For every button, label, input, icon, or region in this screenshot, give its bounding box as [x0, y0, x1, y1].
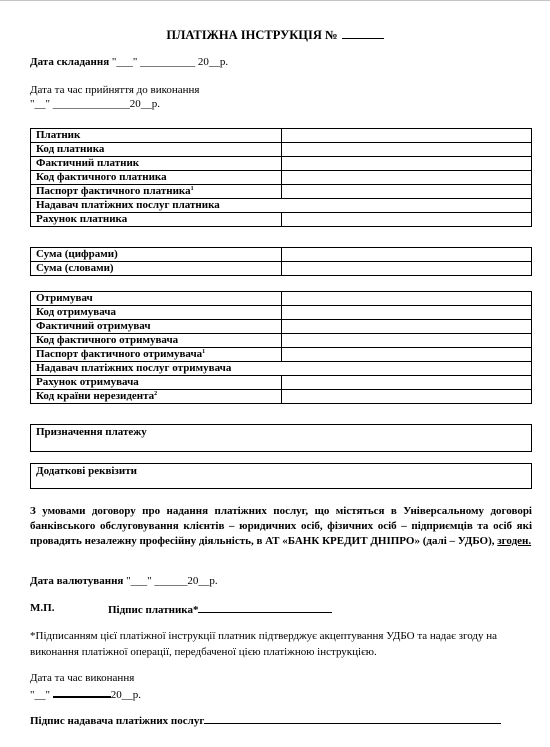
amount_table-label: Сума (словами) — [31, 262, 282, 276]
payer_table-value-cell[interactable] — [282, 157, 532, 171]
row-label-text: Паспорт фактичного платника — [36, 185, 191, 197]
payer_table-value-cell[interactable] — [282, 213, 532, 227]
row-label-text: Фактичний платник — [36, 157, 139, 169]
table-row: Фактичний отримувач — [31, 320, 532, 334]
recipient_table-value-cell[interactable] — [282, 306, 532, 320]
payer-table: ПлатникКод платникаФактичний платникКод … — [30, 128, 532, 227]
row-label-text: Сума (цифрами) — [36, 248, 118, 260]
instruction-number-field[interactable] — [342, 28, 384, 39]
amount-table: Сума (цифрами)Сума (словами) — [30, 247, 532, 276]
recipient_table-label: Код країни нерезидента2 — [31, 390, 282, 404]
agreement-paragraph: З умовами договору про надання платіжних… — [30, 504, 532, 549]
payer_table-label: Фактичний платник — [31, 157, 282, 171]
accept-date-field[interactable]: "__" ______________20__р. — [30, 98, 160, 110]
stamp-label: М.П. — [30, 602, 54, 614]
payer_table-value-cell[interactable] — [282, 143, 532, 157]
payer_table-label[interactable]: Надавач платіжних послуг платника — [31, 199, 532, 213]
payment-purpose-box[interactable]: Призначення платежу — [30, 424, 532, 452]
payer_table-label: Паспорт фактичного платника1 — [31, 185, 282, 199]
table-row: Сума (цифрами) — [31, 248, 532, 262]
recipient_table-value-cell[interactable] — [282, 348, 532, 362]
compile-date: Дата складання "___" __________ 20__р. — [30, 56, 228, 68]
agreement-text: З умовами договору про надання платіжних… — [30, 505, 532, 547]
table-row: Платник — [31, 129, 532, 143]
row-label-text: Надавач платіжних послуг платника — [36, 199, 220, 211]
exec-date-day[interactable]: "__" — [30, 689, 50, 701]
payer-signature-line[interactable] — [198, 602, 332, 613]
exec-date-month-line[interactable] — [53, 686, 111, 698]
table-row: Рахунок платника — [31, 213, 532, 227]
row-label-text: Надавач платіжних послуг отримувача — [36, 362, 231, 374]
payer_table-value-cell[interactable] — [282, 129, 532, 143]
table-row: Код країни нерезидента2 — [31, 390, 532, 404]
recipient_table-label: Код фактичного отримувача — [31, 334, 282, 348]
table-row: Фактичний платник — [31, 157, 532, 171]
recipient-table: ОтримувачКод отримувачаФактичний отримув… — [30, 291, 532, 404]
exec-date-field[interactable]: "__" 20__р. — [30, 686, 141, 701]
payer_table-label: Платник — [31, 129, 282, 143]
row-label-text: Код фактичного платника — [36, 171, 167, 183]
table-row: Рахунок отримувача — [31, 376, 532, 390]
provider-signature-label: Підпис надавача платіжних послуг — [30, 715, 204, 727]
recipient_table-label: Рахунок отримувача — [31, 376, 282, 390]
payer_table-value-cell[interactable] — [282, 185, 532, 199]
recipient_table-label[interactable]: Надавач платіжних послуг отримувача — [31, 362, 532, 376]
page-top-border — [0, 0, 550, 1]
table-row: Паспорт фактичного платника1 — [31, 185, 532, 199]
extra-details-label: Додаткові реквізити — [36, 465, 137, 477]
row-label-text: Код отримувача — [36, 306, 116, 318]
extra-details-box[interactable]: Додаткові реквізити — [30, 463, 532, 489]
table-row: Сума (словами) — [31, 262, 532, 276]
accept-date-label: Дата та час прийняття до виконання — [30, 84, 200, 96]
row-label-text: Рахунок платника — [36, 213, 127, 225]
agreement-consent: згоден. — [497, 535, 531, 547]
table-row: Код платника — [31, 143, 532, 157]
row-label-text: Сума (словами) — [36, 262, 114, 274]
payer_table-label: Код фактичного платника — [31, 171, 282, 185]
payer_table-label: Код платника — [31, 143, 282, 157]
exec-date-year[interactable]: 20__р. — [111, 689, 141, 701]
recipient_table-label: Фактичний отримувач — [31, 320, 282, 334]
table-row: Код фактичного платника — [31, 171, 532, 185]
table-row: Отримувач — [31, 292, 532, 306]
table-row: Надавач платіжних послуг платника — [31, 199, 532, 213]
footnote-marker: 2 — [154, 391, 157, 397]
row-label-text: Платник — [36, 129, 80, 141]
recipient_table-value-cell[interactable] — [282, 376, 532, 390]
payer-signature-label: Підпис платника* — [108, 604, 198, 616]
row-label-text: Рахунок отримувача — [36, 376, 139, 388]
amount_table-value-cell[interactable] — [282, 248, 532, 262]
amount_table-label: Сума (цифрами) — [31, 248, 282, 262]
row-label-text: Отримувач — [36, 292, 93, 304]
compile-date-field[interactable]: "___" __________ 20__р. — [112, 56, 228, 68]
value-date-label: Дата валютування — [30, 575, 123, 587]
row-label-text: Паспорт фактичного отримувача — [36, 348, 202, 360]
recipient_table-value-cell[interactable] — [282, 390, 532, 404]
payer_table-value-cell[interactable] — [282, 171, 532, 185]
footnote-marker: 1 — [202, 349, 205, 355]
table-row: Надавач платіжних послуг отримувача — [31, 362, 532, 376]
recipient_table-value-cell[interactable] — [282, 320, 532, 334]
value-date: Дата валютування "___" ______20__р. — [30, 575, 218, 587]
footnote-marker: 1 — [191, 186, 194, 192]
exec-date-label: Дата та час виконання — [30, 672, 134, 684]
recipient_table-label: Отримувач — [31, 292, 282, 306]
row-label-text: Код країни нерезидента — [36, 390, 154, 402]
row-label-text: Код платника — [36, 143, 104, 155]
recipient_table-label: Код отримувача — [31, 306, 282, 320]
value-date-field[interactable]: "___" ______20__р. — [126, 575, 217, 587]
recipient_table-value-cell[interactable] — [282, 292, 532, 306]
recipient_table-label: Паспорт фактичного отримувача1 — [31, 348, 282, 362]
title-text: ПЛАТІЖНА ІНСТРУКЦІЯ № — [166, 28, 337, 42]
row-label-text: Фактичний отримувач — [36, 320, 151, 332]
payer-signature: Підпис платника* — [108, 602, 332, 616]
payer_table-label: Рахунок платника — [31, 213, 282, 227]
provider-signature-line[interactable] — [204, 713, 501, 724]
recipient_table-value-cell[interactable] — [282, 334, 532, 348]
table-row: Код отримувача — [31, 306, 532, 320]
amount_table-value-cell[interactable] — [282, 262, 532, 276]
row-label-text: Код фактичного отримувача — [36, 334, 178, 346]
provider-signature: Підпис надавача платіжних послуг — [30, 713, 501, 727]
compile-date-label: Дата складання — [30, 56, 109, 68]
payment-purpose-label: Призначення платежу — [36, 426, 147, 438]
page-title: ПЛАТІЖНА ІНСТРУКЦІЯ № — [0, 28, 550, 43]
table-row: Код фактичного отримувача — [31, 334, 532, 348]
table-row: Паспорт фактичного отримувача1 — [31, 348, 532, 362]
footnote: *Підписанням цієї платіжної інструкції п… — [30, 628, 534, 660]
